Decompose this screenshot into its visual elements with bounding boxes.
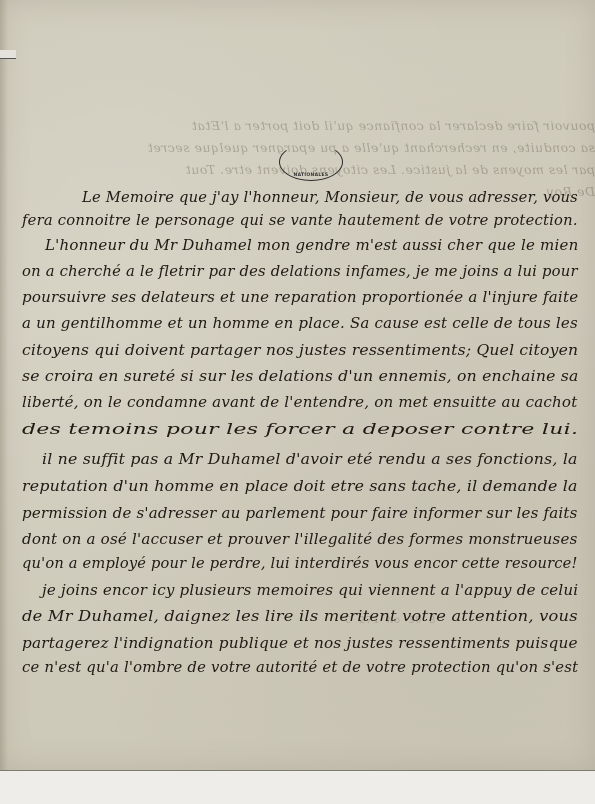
letter-line: a un gentilhomme et un homme en place. S… bbox=[22, 316, 578, 332]
letter-line: Le Memoire que j'ay l'honneur, Monsieur,… bbox=[82, 190, 578, 206]
letter-line: on a cherché a le fletrir par des delati… bbox=[22, 264, 578, 280]
paper-tab-mark bbox=[0, 50, 16, 59]
letter-line: il ne suffit pas a Mr Duhamel d'avoir et… bbox=[42, 452, 578, 468]
letter-line: dont on a osé l'accuser et prouver l'ill… bbox=[22, 532, 578, 548]
letter-line: L'honneur du Mr Duhamel mon gendre m'est… bbox=[45, 238, 578, 254]
letter-line: poursuivre ses delateurs et une reparati… bbox=[22, 290, 578, 306]
letter-line: des temoins pour les forcer a deposer co… bbox=[22, 422, 578, 438]
paper-left-edge bbox=[0, 0, 8, 770]
letter-line: reputation d'un homme en place doit etre… bbox=[22, 479, 578, 495]
archive-stamp: NATIONALES bbox=[279, 143, 343, 181]
letter-line: citoyens qui doivent partager nos justes… bbox=[22, 343, 578, 359]
letter-line: partagerez l'indignation publique et nos… bbox=[22, 636, 578, 652]
letter-line: de Mr Duhamel, daignez les lire ils meri… bbox=[22, 609, 578, 625]
bleed-through-line: pouvoir faire declarer la confiance qu'i… bbox=[0, 118, 595, 133]
letter-line: fera connoitre le personage qui se vante… bbox=[22, 213, 578, 229]
letter-line: se croira en sureté si sur les delations… bbox=[22, 369, 579, 385]
letter-line: ce n'est qu'a l'ombre de votre autorité … bbox=[22, 660, 578, 676]
document-scan: pouvoir faire declarer la confiance qu'i… bbox=[0, 0, 595, 804]
letter-line: liberté, on le condamne avant de l'enten… bbox=[22, 395, 577, 411]
letter-line: je joins encor icy plusieurs memoires qu… bbox=[42, 583, 578, 599]
letter-line: permission de s'adresser au parlement po… bbox=[22, 506, 578, 522]
archive-stamp-label: NATIONALES bbox=[280, 173, 342, 178]
paper-sheet: pouvoir faire declarer la confiance qu'i… bbox=[0, 0, 595, 771]
letter-line: qu'on a employé pour le perdre, lui inte… bbox=[22, 556, 578, 572]
